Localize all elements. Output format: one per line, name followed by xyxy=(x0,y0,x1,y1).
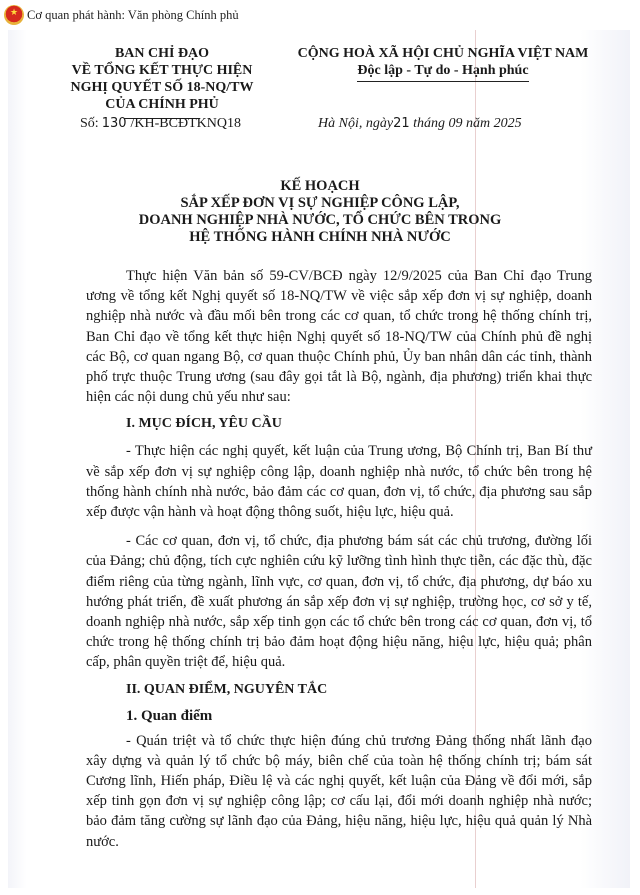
body-paragraph: - Thực hiện các nghị quyết, kết luận của… xyxy=(86,441,592,522)
title-line: HỆ THỐNG HÀNH CHÍNH NHÀ NƯỚC xyxy=(60,229,580,246)
title-line: SẮP XẾP ĐƠN VỊ SỰ NGHIỆP CÔNG LẬP, xyxy=(60,195,580,212)
title-line: DOANH NGHIỆP NHÀ NƯỚC, TỔ CHỨC BÊN TRONG xyxy=(60,212,580,229)
national-motto: Độc lập - Tự do - Hạnh phúc xyxy=(357,62,528,82)
issue-date: Hà Nội, ngày21 tháng 09 năm 2025 xyxy=(318,116,522,132)
national-emblem-icon xyxy=(4,5,24,25)
date-day: 21 xyxy=(393,116,410,131)
intro-paragraph: Thực hiện Văn bản số 59-CV/BCĐ ngày 12/9… xyxy=(86,266,592,407)
date-suffix: tháng 09 năm 2025 xyxy=(410,116,522,131)
document-number: Số:130/KH-BCĐTKNQ18 xyxy=(80,116,241,132)
issuer-label: Cơ quan phát hành: Văn phòng Chính phủ xyxy=(27,8,239,23)
document-title: KẾ HOẠCH SẮP XẾP ĐƠN VỊ SỰ NGHIỆP CÔNG L… xyxy=(60,178,580,246)
doc-no-suffix: /KH-BCĐTKNQ18 xyxy=(131,116,241,131)
title-line: KẾ HOẠCH xyxy=(60,178,580,195)
national-heading: CỘNG HOÀ XÃ HỘI CHỦ NGHĨA VIỆT NAM Độc l… xyxy=(280,45,606,82)
document-body: Thực hiện Văn bản số 59-CV/BCĐ ngày 12/9… xyxy=(86,266,592,852)
agency-line: VỀ TỔNG KẾT THỰC HIỆN xyxy=(64,62,260,79)
agency-line: NGHỊ QUYẾT SỐ 18-NQ/TW xyxy=(64,79,260,96)
nation-name: CỘNG HOÀ XÃ HỘI CHỦ NGHĨA VIỆT NAM xyxy=(280,45,606,62)
agency-line: BAN CHỈ ĐẠO xyxy=(64,45,260,62)
agency-line: CỦA CHÍNH PHỦ xyxy=(64,96,260,113)
section-heading: I. MỤC ĐÍCH, YÊU CẦU xyxy=(86,415,592,433)
section-heading: II. QUAN ĐIỂM, NGUYÊN TẮC xyxy=(86,681,592,699)
issuer-bar: Cơ quan phát hành: Văn phòng Chính phủ xyxy=(0,0,640,30)
body-paragraph: - Quán triệt và tổ chức thực hiện đúng c… xyxy=(86,731,592,852)
doc-no-label: Số: xyxy=(80,116,99,131)
issuing-agency: BAN CHỈ ĐẠO VỀ TỔNG KẾT THỰC HIỆN NGHỊ Q… xyxy=(64,45,260,119)
subsection-heading: 1. Quan điểm xyxy=(86,707,592,725)
body-paragraph: - Các cơ quan, đơn vị, tổ chức, địa phươ… xyxy=(86,531,592,672)
date-prefix: Hà Nội, ngày xyxy=(318,116,393,131)
doc-no-value: 130 xyxy=(102,116,127,131)
